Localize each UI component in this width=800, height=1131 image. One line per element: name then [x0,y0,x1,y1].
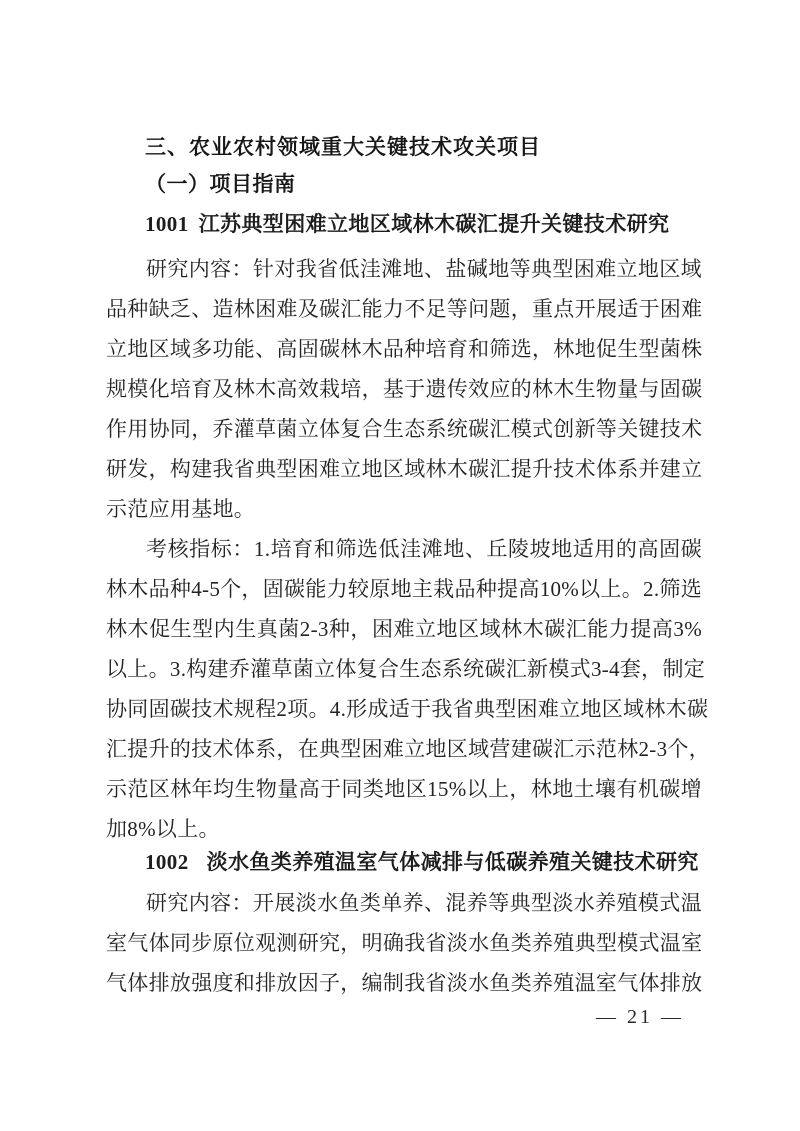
text-line: 以上。3.构建乔灌草菌立体复合生态系统碳汇新模式3-4套，制定 [106,649,702,689]
text-line: 林木促生型内生真菌2-3种，困难立地区域林木碳汇能力提高3% [106,609,702,649]
text-line: 加8%以上。 [106,809,702,849]
text-line: 立地区域多功能、高固碳林木品种培育和筛选，林地促生型菌株 [106,329,702,369]
project-1001-indicators-paragraph: 考核指标：1.培育和筛选低洼滩地、丘陵坡地适用的高固碳林木品种4-5个，固碳能力… [106,529,702,849]
text-line: 研究内容：开展淡水鱼类单养、混养等典型淡水养殖模式温 [106,883,702,923]
project-1002-code: 1002 [145,850,189,874]
text-line: 考核指标：1.培育和筛选低洼滩地、丘陵坡地适用的高固碳 [106,529,702,569]
project-1001-heading: 1001江苏典型困难立地区域林木碳汇提升关键技术研究 [145,208,669,238]
text-line: 示范区林年均生物量高于同类地区15%以上，林地土壤有机碳增 [106,769,702,809]
text-line: 室气体同步原位观测研究，明确我省淡水鱼类养殖典型模式温室 [106,923,702,963]
text-line: 协同固碳技术规程2项。4.形成适于我省典型困难立地区域林木碳 [106,689,702,729]
text-line: 气体排放强度和排放因子，编制我省淡水鱼类养殖温室气体排放 [106,963,702,1003]
page-number: — 21 — [560,1006,720,1029]
project-1002-title: 淡水鱼类养殖温室气体减排与低碳养殖关键技术研究 [207,850,699,874]
project-1001-research-paragraph: 研究内容：针对我省低洼滩地、盐碱地等典型困难立地区域品种缺乏、造林困难及碳汇能力… [106,249,702,529]
subsection-heading: （一）项目指南 [145,168,296,198]
project-1002-research-paragraph: 研究内容：开展淡水鱼类单养、混养等典型淡水养殖模式温室气体同步原位观测研究，明确… [106,883,702,1003]
section-heading: 三、农业农村领域重大关键技术攻关项目 [145,131,541,161]
text-line: 研究内容：针对我省低洼滩地、盐碱地等典型困难立地区域 [106,249,702,289]
project-1001-title: 江苏典型困难立地区域林木碳汇提升关键技术研究 [199,212,670,236]
text-line: 研发，构建我省典型困难立地区域林木碳汇提升技术体系并建立 [106,449,702,489]
text-line: 作用协同，乔灌草菌立体复合生态系统碳汇模式创新等关键技术 [106,409,702,449]
project-1001-code: 1001 [145,212,189,236]
project-1002-heading: 1002淡水鱼类养殖温室气体减排与低碳养殖关键技术研究 [145,846,699,876]
text-line: 示范应用基地。 [106,489,702,529]
text-line: 林木品种4-5个，固碳能力较原地主栽品种提高10%以上。2.筛选 [106,569,702,609]
text-line: 品种缺乏、造林困难及碳汇能力不足等问题，重点开展适于困难 [106,289,702,329]
text-line: 规模化培育及林木高效栽培，基于遗传效应的林木生物量与固碳 [106,369,702,409]
document-page: 三、农业农村领域重大关键技术攻关项目 （一）项目指南 1001江苏典型困难立地区… [0,0,800,1131]
text-line: 汇提升的技术体系，在典型困难立地区域营建碳汇示范林2-3个， [106,729,702,769]
